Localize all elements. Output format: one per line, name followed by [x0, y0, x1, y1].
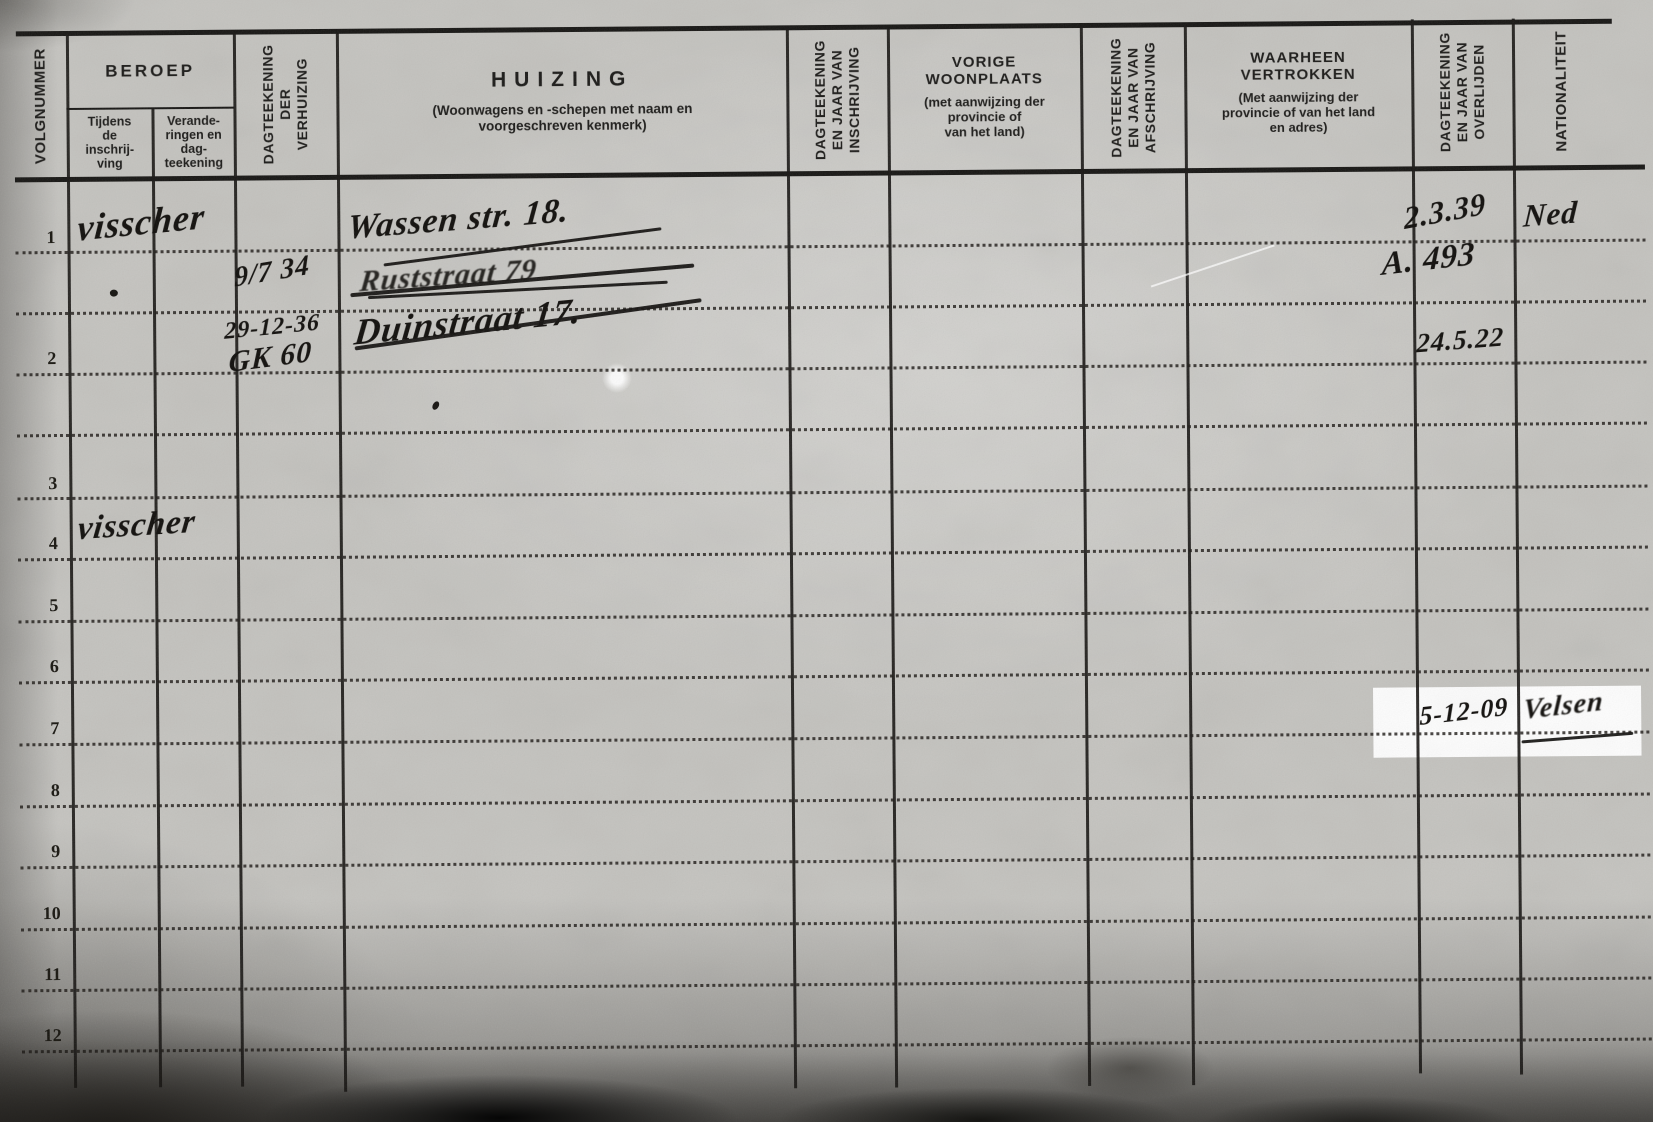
header-beroep: BEROEP — [105, 61, 195, 82]
row-line — [18, 608, 1648, 624]
row-number: 5 — [14, 595, 58, 616]
header-waarheen-sub: (Met aanwijzing der provincie of van het… — [1222, 89, 1375, 135]
ink-speck — [110, 290, 118, 297]
row-line — [19, 669, 1649, 685]
row-number: 9 — [16, 841, 60, 862]
beroep-underline — [66, 107, 234, 110]
header-dagteekening-inschrijving: DAGTEEKENING EN JAAR VAN INSCHRIJVING — [811, 40, 863, 160]
entry-row4-beroep: visscher — [76, 504, 198, 548]
header-volgnummer: VOLGNUMMER — [31, 48, 49, 164]
row-number: 2 — [12, 348, 56, 369]
table-top-border — [16, 19, 1612, 37]
header-separator-line — [15, 165, 1645, 183]
column-line — [1184, 25, 1195, 1085]
scratch-streak — [1151, 244, 1275, 287]
register-table: 1 2 3 4 5 6 7 8 9 10 11 12 VOLGNUMMER BE… — [0, 0, 1653, 1122]
row-line — [20, 793, 1650, 809]
ink-speck — [431, 400, 441, 411]
header-beroep-veranderingen: Verande- ringen en dag- teekening — [164, 114, 223, 170]
row-line — [18, 546, 1648, 562]
header-dagteekening-verhuizing: DAGTEEKENING DER VERHUIZING — [259, 44, 311, 164]
header-dagteekening-overlijden: DAGTEEKENING EN JAAR VAN OVERLIJDEN — [1436, 32, 1488, 152]
row-number: 11 — [17, 964, 61, 985]
entry-huizing-address-1: Wassen str. 18. — [346, 192, 571, 248]
header-dagteekening-afschrijving: DAGTEEKENING EN JAAR VAN AFSCHRIJVING — [1107, 37, 1159, 157]
row-line — [16, 300, 1646, 316]
header-vorige-woonplaats-title: VORIGE WOONPLAATS — [925, 53, 1042, 88]
row-line — [22, 1038, 1652, 1054]
header-vorige-woonplaats-sub: (met aanwijzing der provincie of van het… — [924, 94, 1045, 140]
row-number: 7 — [15, 718, 59, 739]
entry-row1-nationaliteit: Ned — [1522, 194, 1579, 235]
entry-row1-beroep: visscher — [76, 195, 207, 250]
header-nationaliteit: NATIONALITEIT — [1552, 31, 1570, 152]
row-number: 6 — [15, 656, 59, 677]
row-number: 8 — [16, 780, 60, 801]
column-line — [151, 108, 162, 1087]
entry-verhuizing-date-1: 9/7 34 — [234, 250, 311, 295]
row-line — [21, 977, 1651, 993]
column-line — [336, 32, 347, 1092]
row-line — [20, 854, 1650, 870]
row-number: 1 — [11, 227, 55, 248]
column-line — [786, 28, 797, 1088]
scanned-population-register-page: 1 2 3 4 5 6 7 8 9 10 11 12 VOLGNUMMER BE… — [0, 0, 1653, 1122]
row-line — [21, 916, 1651, 932]
header-waarheen-title: WAARHEEN VERTROKKEN — [1240, 49, 1355, 84]
column-line — [887, 27, 898, 1087]
row-number: 10 — [17, 903, 61, 924]
row-line — [17, 422, 1647, 438]
header-huizing-title: HUIZING — [491, 67, 634, 92]
header-huizing-sub: (Woonwagens en -schepen met naam en voor… — [432, 101, 692, 135]
entry-row1-overlijden-date: 2.3.39 — [1403, 185, 1487, 236]
row-line — [17, 485, 1647, 501]
row-number: 4 — [14, 533, 58, 554]
entry-row2-overlijden-date: 24.5.22 — [1416, 322, 1505, 360]
column-line — [1080, 26, 1091, 1086]
header-beroep-tijdens: Tijdens de inschrij- ving — [85, 114, 134, 170]
row-number: 12 — [18, 1025, 62, 1046]
row-number: 3 — [13, 473, 57, 494]
